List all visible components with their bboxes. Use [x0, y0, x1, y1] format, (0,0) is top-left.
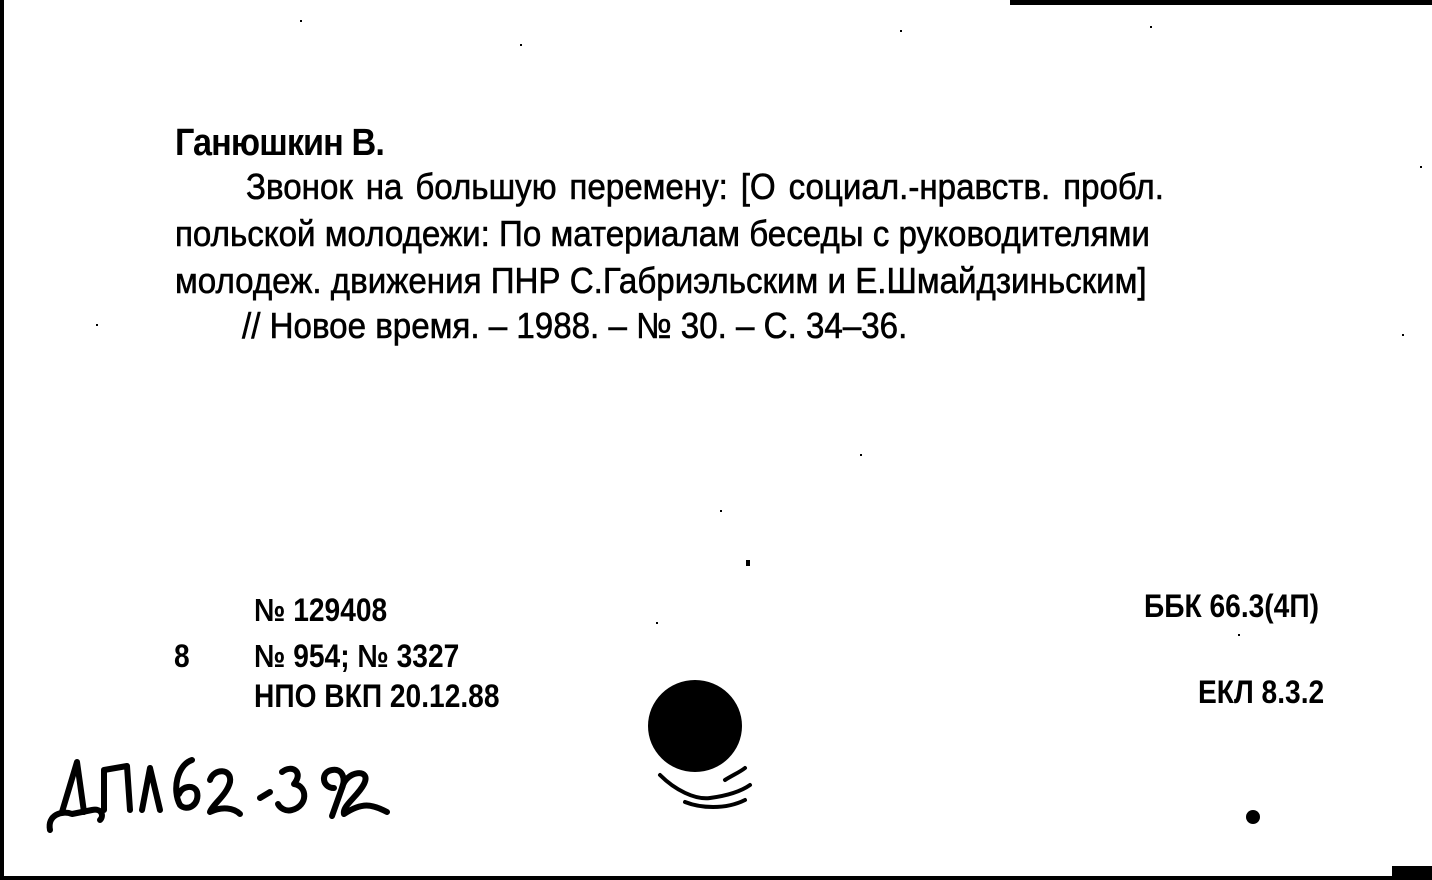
issuer-date: НПО ВКП 20.12.88 [254, 678, 500, 715]
speck [1420, 166, 1422, 168]
speck [746, 560, 750, 566]
card-border-corner [1392, 866, 1432, 880]
accession-number: № 129408 [254, 592, 387, 629]
reference-numbers: № 954; № 3327 [254, 638, 459, 675]
speck [1238, 634, 1240, 636]
speck [656, 622, 658, 624]
card-border-bottom [0, 876, 1432, 880]
speck [860, 454, 862, 456]
ink-stamp-blot [645, 680, 765, 820]
card-count: 8 [174, 638, 190, 675]
speck [520, 44, 522, 46]
source-citation: // Новое время. – 1988. – № 30. – С. 34–… [242, 305, 907, 347]
title-line-3: молодеж. движения ПНР С.Габриэльским и Е… [175, 260, 1147, 302]
ink-dot [1246, 810, 1260, 824]
speck [1150, 26, 1152, 28]
title-line-1: Звонок на большую перемену: [О социал.-н… [246, 166, 1164, 208]
speck [720, 510, 722, 512]
title-line-2: польской молодежи: По материалам беседы … [175, 213, 1150, 255]
bbk-classification: ББК 66.3(4П) [1144, 588, 1319, 625]
speck [300, 20, 302, 22]
catalog-card: Ганюшкин В. Звонок на большую перемену: … [0, 0, 1432, 880]
speck [900, 30, 902, 32]
card-border-top [1010, 0, 1432, 5]
handwritten-shelf-code [42, 750, 512, 850]
ekl-classification: ЕКЛ 8.3.2 [1198, 674, 1324, 711]
speck [1402, 334, 1404, 336]
speck [96, 324, 98, 326]
card-border-left [0, 0, 4, 880]
author-heading: Ганюшкин В. [175, 122, 384, 165]
